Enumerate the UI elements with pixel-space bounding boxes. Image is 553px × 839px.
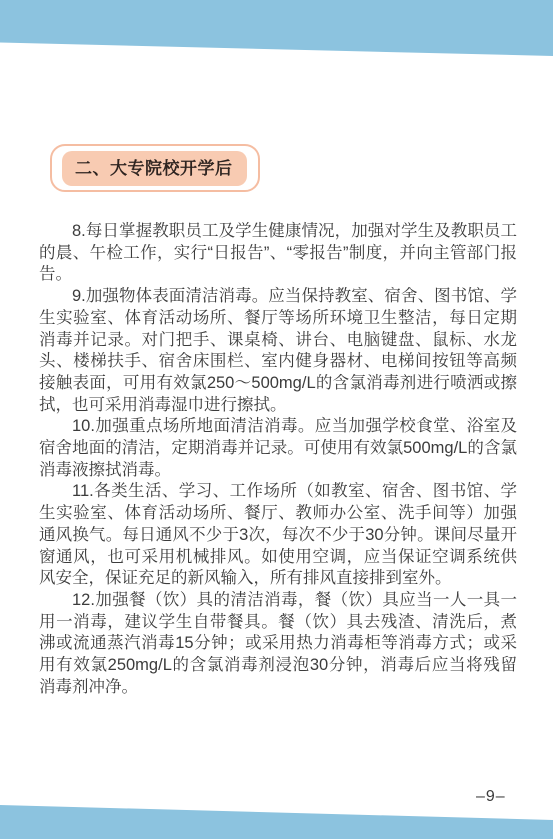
page-number: –9– [476,788,506,806]
paragraph-12: 12.加强餐（饮）具的清洁消毒，餐（饮）具应当一人一具一用一消毒，建议学生自带餐… [39,590,517,699]
document-page: 二、大专院校开学后 8.每日掌握教职员工及学生健康情况，加强对学生及教职员工的晨… [0,0,553,839]
paragraph-11: 11.各类生活、学习、工作场所（如教室、宿舍、图书馆、学生实验室、体育活动场所、… [39,481,517,590]
section-title: 二、大专院校开学后 [62,151,247,186]
body-text: 8.每日掌握教职员工及学生健康情况，加强对学生及教职员工的晨、午检工作，实行“日… [39,221,517,698]
top-decorative-band [0,0,553,56]
paragraph-8: 8.每日掌握教职员工及学生健康情况，加强对学生及教职员工的晨、午检工作，实行“日… [39,221,517,286]
section-title-badge: 二、大专院校开学后 [62,151,247,186]
paragraph-9: 9.加强物体表面清洁消毒。应当保持教室、宿舍、图书馆、学生实验室、体育活动场所、… [39,286,517,416]
bottom-decorative-band [0,805,553,839]
paragraph-10: 10.加强重点场所地面清洁消毒。应当加强学校食堂、浴室及宿舍地面的清洁，定期消毒… [39,416,517,481]
